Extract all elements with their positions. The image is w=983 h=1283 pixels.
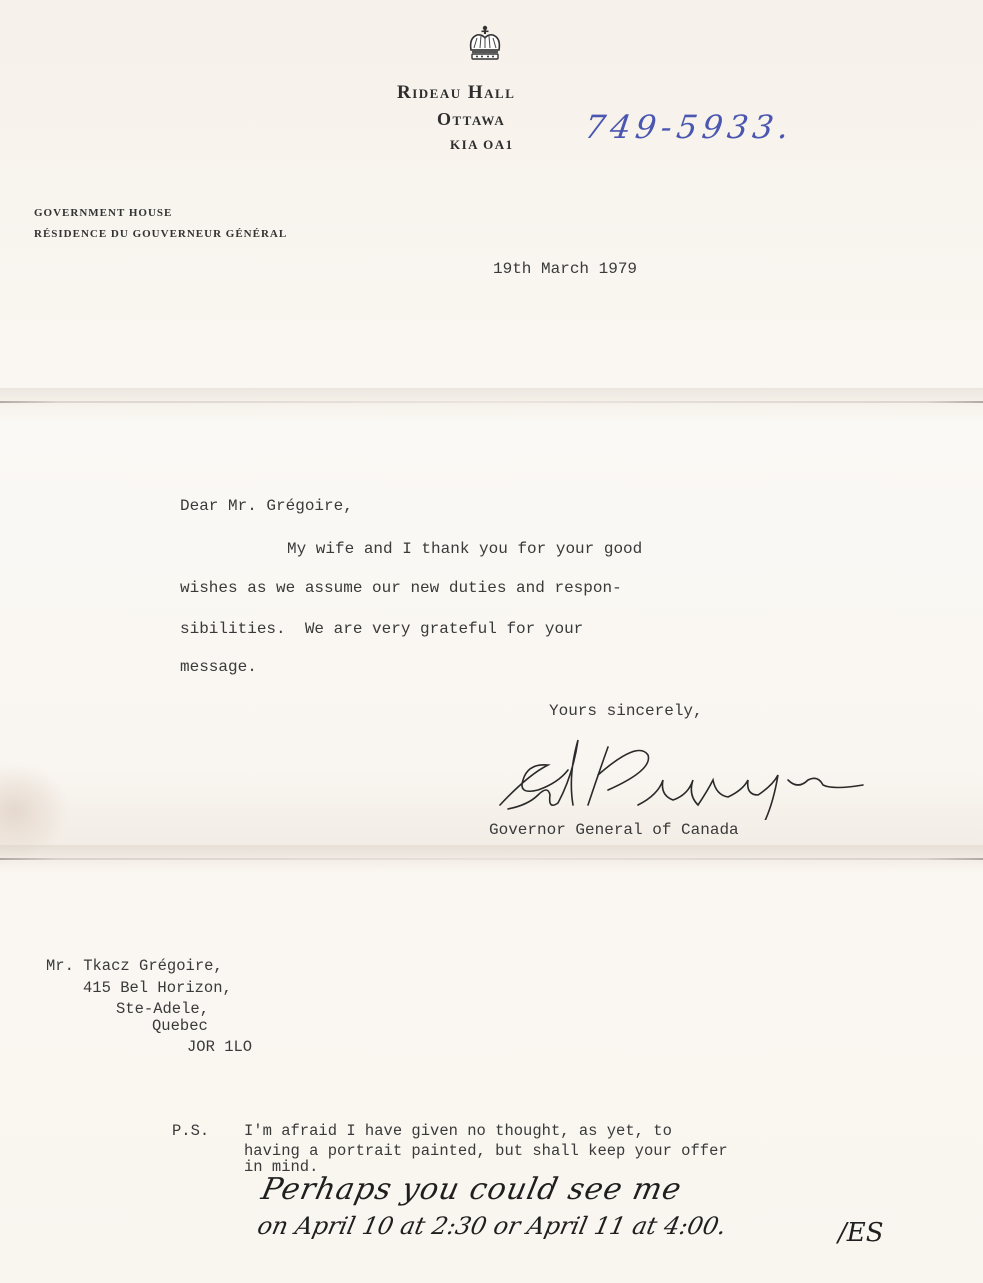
letter-page: Rideau Hall Ottawa KIA OA1 749-5933. GOV…: [0, 0, 983, 1283]
fold-line-upper: [0, 401, 983, 403]
recipient-province: Quebec: [152, 1017, 208, 1035]
recipient-street: 415 Bel Horizon,: [83, 979, 232, 997]
letterhead-city: Ottawa: [437, 109, 505, 130]
handwritten-initials: /ES: [838, 1218, 884, 1248]
office-name-french: RÉSIDENCE DU GOUVERNEUR GÉNÉRAL: [34, 228, 287, 240]
fold-shadow-upper: [0, 388, 983, 402]
letterhead-postal-code: KIA OA1: [450, 137, 514, 153]
letterhead-title: Rideau Hall: [397, 82, 515, 104]
salutation: Dear Mr. Grégoire,: [180, 497, 353, 515]
fold-shadow-lower: [0, 845, 983, 859]
office-name-english: GOVERNMENT HOUSE: [34, 207, 172, 219]
body-line: message.: [180, 658, 257, 676]
body-line: My wife and I thank you for your good: [287, 540, 642, 558]
recipient-postal-code: JOR 1LO: [187, 1038, 252, 1056]
handwritten-note-line: on April 10 at 2:30 or April 11 at 4:00.: [255, 1212, 729, 1240]
postscript-line: I'm afraid I have given no thought, as y…: [244, 1122, 672, 1140]
crown-icon: [465, 24, 505, 64]
closing: Yours sincerely,: [549, 702, 703, 720]
fold-line-lower: [0, 858, 983, 860]
signatory-title: Governor General of Canada: [489, 821, 739, 839]
handwritten-phone-number: 749-5933.: [582, 108, 796, 146]
signature: Ed Schreyer: [488, 735, 878, 820]
recipient-town: Ste-Adele,: [116, 1000, 209, 1018]
body-line: wishes as we assume our new duties and r…: [180, 579, 622, 597]
body-line: sibilities. We are very grateful for you…: [180, 620, 583, 638]
postscript-label: P.S.: [172, 1122, 209, 1140]
recipient-name: Mr. Tkacz Grégoire,: [46, 957, 223, 975]
letter-date: 19th March 1979: [493, 260, 637, 278]
handwritten-note-line: Perhaps you could see me: [258, 1172, 685, 1207]
